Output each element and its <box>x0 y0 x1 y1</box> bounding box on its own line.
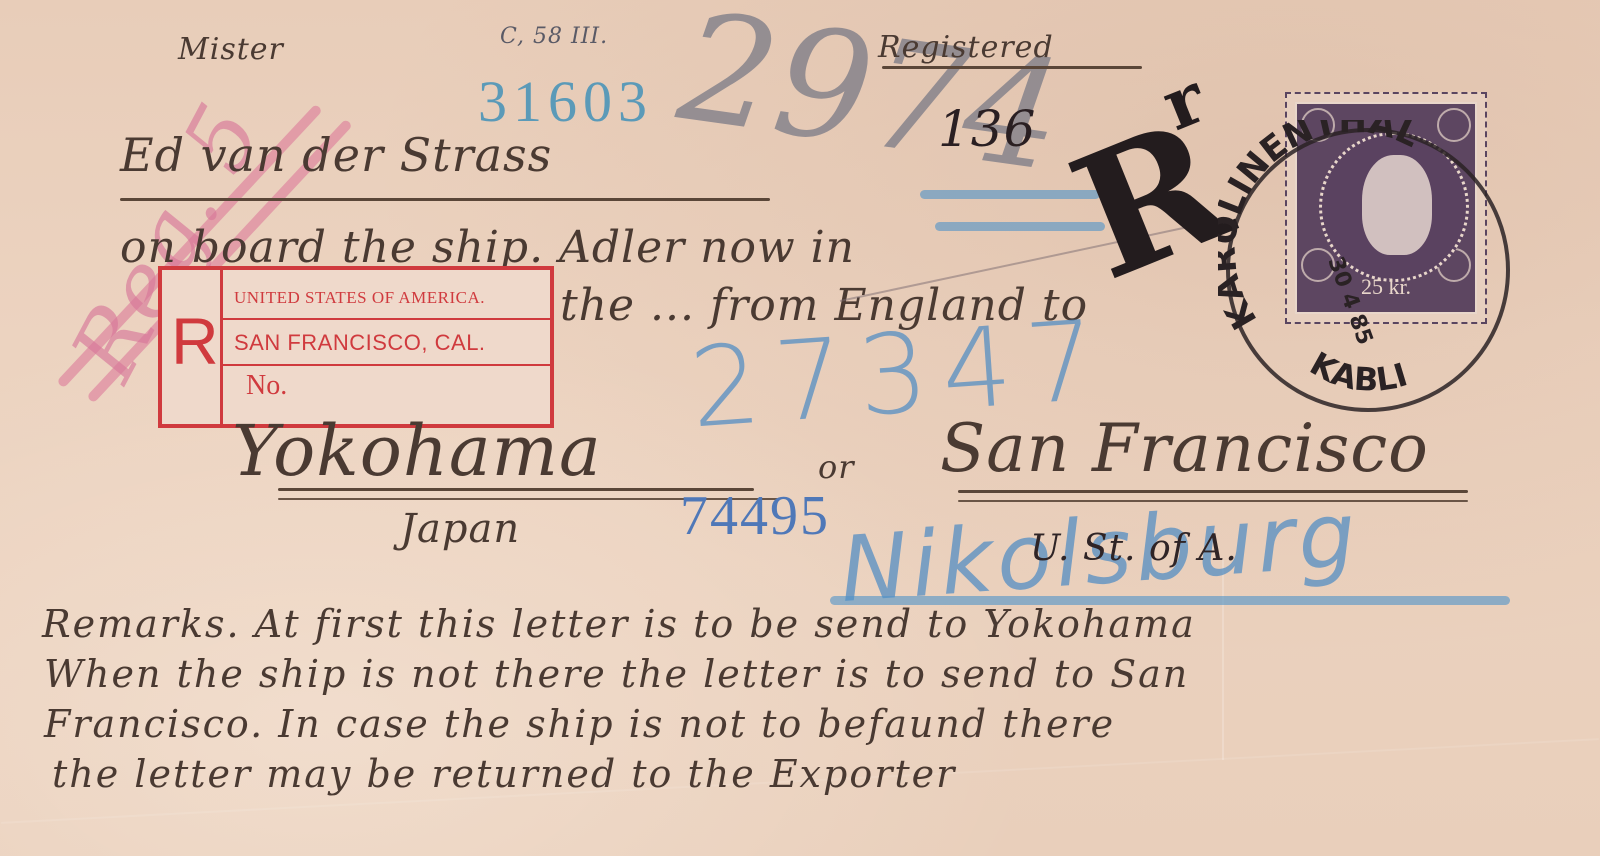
ink-number: 136 <box>938 100 1036 158</box>
destination-connector: or <box>818 448 855 486</box>
name-underline <box>120 198 770 201</box>
registration-label-country: UNITED STATES OF AMERICA. <box>234 288 485 308</box>
postmark-date: 30 4 85 <box>1322 254 1377 349</box>
registration-label-office: SAN FRANCISCO, CAL. <box>234 330 486 356</box>
registered-underline <box>882 66 1142 69</box>
registration-label-number: No. <box>246 370 287 402</box>
remarks-line-1: Remarks. At first this letter is to be s… <box>42 602 1196 646</box>
country-1: Japan <box>400 506 520 552</box>
postmark-bottom: KABLI <box>1304 344 1412 399</box>
remarks-line-3: Francisco. In case the ship is not to be… <box>44 702 1115 746</box>
registration-label-r: R <box>171 308 219 374</box>
salutation: Mister <box>178 32 284 67</box>
envelope: Reg. 5 Mister C, 58 III. 31603 2974 Regi… <box>0 0 1600 856</box>
registration-label: R UNITED STATES OF AMERICA. SAN FRANCISC… <box>158 266 554 428</box>
archive-ref: C, 58 III. <box>500 24 608 49</box>
remarks-line-4: the letter may be returned to the Export… <box>52 752 956 796</box>
country-2: U. St. of A. <box>1030 528 1238 569</box>
remarks-line-2: When the ship is not there the letter is… <box>44 652 1189 696</box>
postmark-town: KAROLINENTHAL <box>1218 120 1426 336</box>
destination-2: San Francisco <box>940 410 1429 487</box>
blue-stamped-number-bottom: 74495 <box>680 484 830 548</box>
label-divider <box>220 318 550 320</box>
blue-crayon-strike <box>935 222 1105 231</box>
destination-1: Yokohama <box>232 410 602 492</box>
addressee-name: Ed van der Strass <box>120 128 552 182</box>
label-divider <box>220 364 550 366</box>
blue-stamped-number-top: 31603 <box>478 68 653 135</box>
postmark: KAROLINENTHAL KABLI 30 4 85 <box>1218 120 1518 420</box>
registered-note: Registered <box>878 30 1054 65</box>
